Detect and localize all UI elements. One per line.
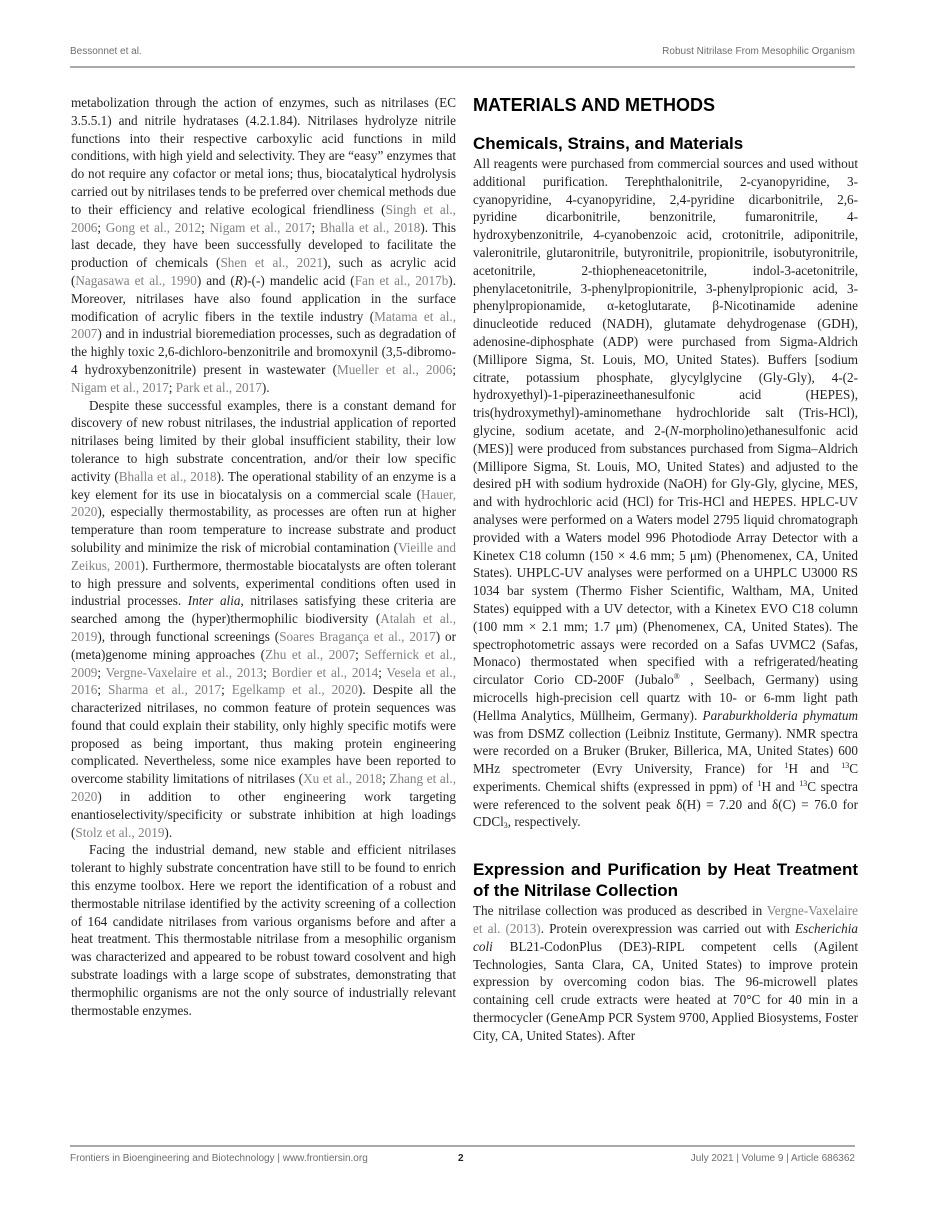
citation-link[interactable]: Xu et al., 2018 [303,771,382,786]
paragraph-intro-3: Facing the industrial demand, new stable… [71,841,456,1019]
running-header: Bessonnet et al. Robust Nitrilase From M… [70,44,855,66]
header-rule [70,66,855,68]
citation-link[interactable]: Stolz et al., 2019 [75,825,164,840]
paragraph-expression: The nitrilase collection was produced as… [473,902,858,1044]
page-number: 2 [458,1153,464,1164]
citation-link[interactable]: Sharma et al., 2017 [108,682,221,697]
footer-rule [70,1145,855,1147]
right-column: MATERIALS AND METHODS Chemicals, Strains… [473,94,858,1045]
citation-link[interactable]: Shen et al., 2021 [220,255,323,270]
citation-link[interactable]: Gong et al., 2012 [106,220,201,235]
species-name: Paraburkholderia phymatum [703,708,858,723]
paragraph-chemicals: All reagents were purchased from commerc… [473,155,858,831]
section-heading-materials-methods: MATERIALS AND METHODS [473,94,858,116]
citation-link[interactable]: Egelkamp et al., 2020 [232,682,358,697]
paragraph-intro-1: metabolization through the action of enz… [71,94,456,397]
citation-link[interactable]: Vergne-Vaxelaire et al., 2013 [106,665,264,680]
header-short-title: Robust Nitrilase From Mesophilic Organis… [662,46,855,57]
citation-link[interactable]: Mueller et al., 2006 [337,362,452,377]
citation-link[interactable]: Fan et al., 2017b [355,273,449,288]
citation-link[interactable]: Bordier et al., 2014 [272,665,379,680]
citation-link[interactable]: Soares Bragança et al., 2017 [279,629,436,644]
header-authors: Bessonnet et al. [70,46,142,57]
subsection-heading-chemicals: Chemicals, Strains, and Materials [473,133,858,154]
citation-link[interactable]: Bhalla et al., 2018 [119,469,217,484]
citation-link[interactable]: Nigam et al., 2017 [71,380,169,395]
footer-journal: Frontiers in Bioengineering and Biotechn… [70,1153,368,1164]
paragraph-intro-2: Despite these successful examples, there… [71,397,456,842]
citation-link[interactable]: Park et al., 2017 [176,380,262,395]
citation-link[interactable]: Zhu et al., 2007 [265,647,355,662]
citation-link[interactable]: Nagasawa et al., 1990 [75,273,196,288]
subsection-heading-expression: Expression and Purification by Heat Trea… [473,859,858,901]
left-column: metabolization through the action of enz… [71,94,456,1019]
footer-issue: July 2021 | Volume 9 | Article 686362 [691,1153,855,1164]
citation-link[interactable]: Bhalla et al., 2018 [320,220,421,235]
citation-link[interactable]: Nigam et al., 2017 [210,220,312,235]
